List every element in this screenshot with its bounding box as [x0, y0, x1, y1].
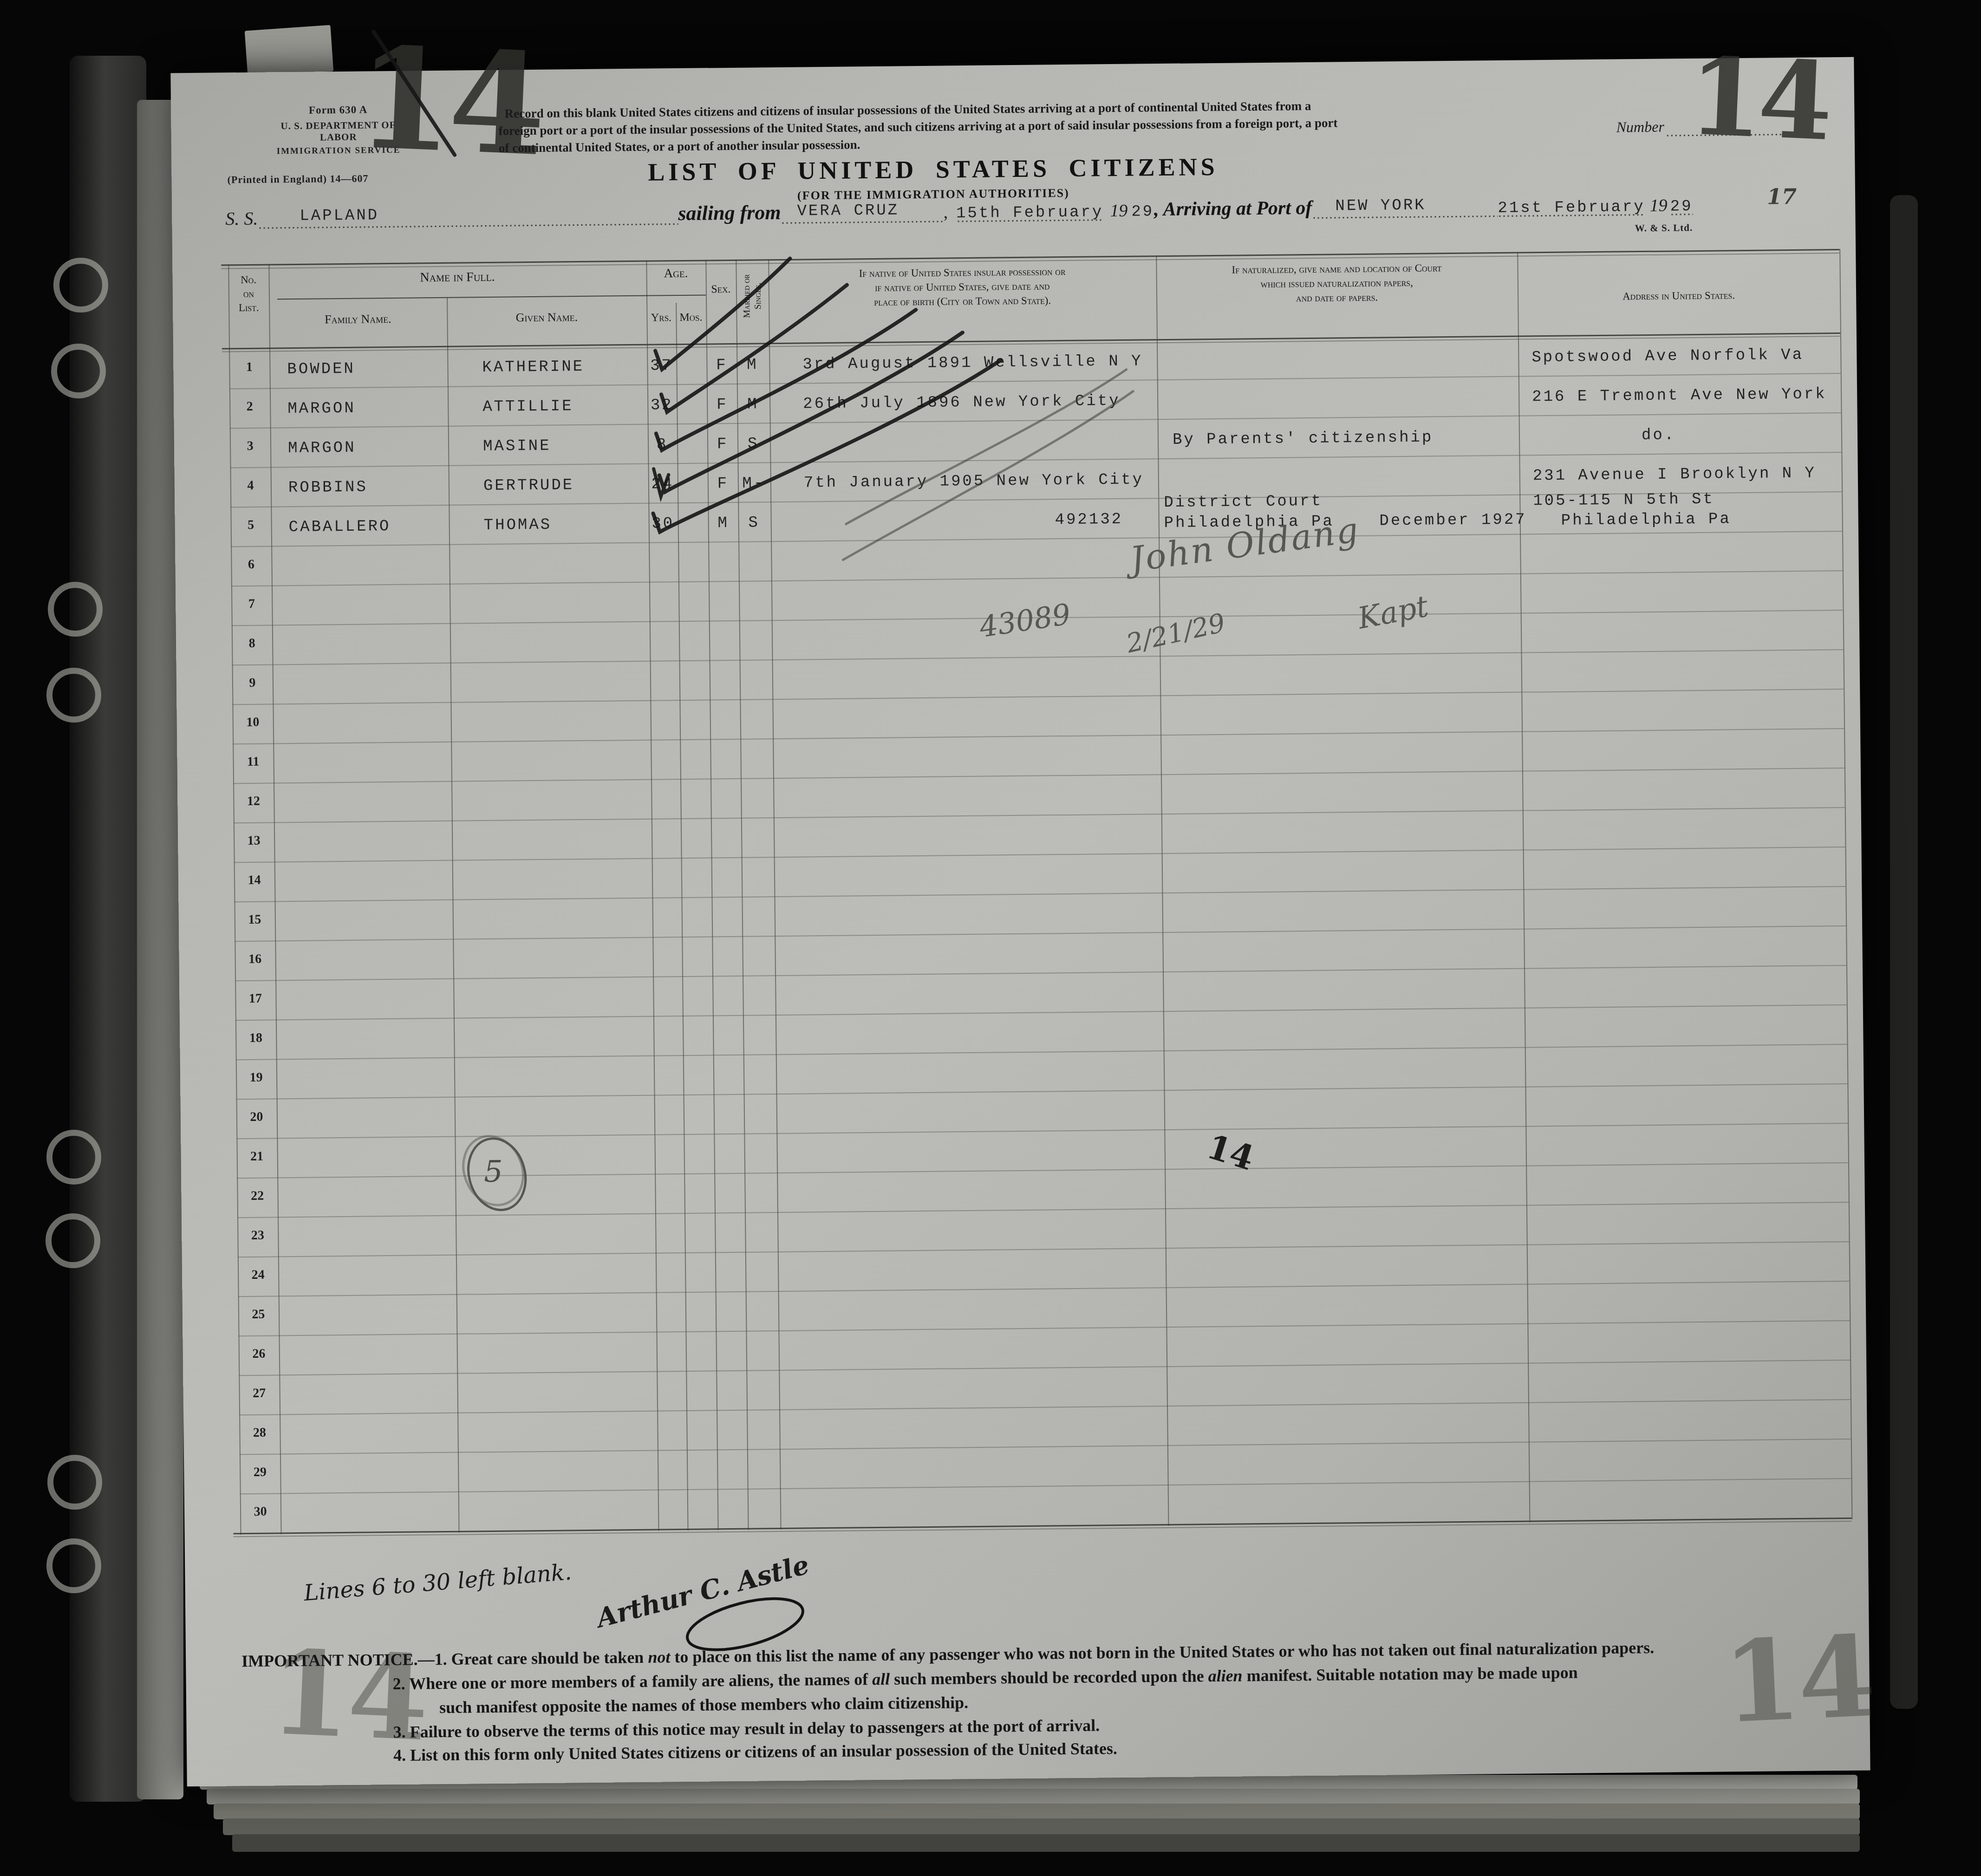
row-number: 29: [240, 1465, 280, 1480]
married-entry: S: [739, 435, 768, 453]
arriving-label: , Arriving at Port of: [1154, 197, 1312, 221]
row-number: 2: [229, 399, 270, 414]
birth-entry: 26th July 1896 New York City: [803, 392, 1121, 413]
header-family-name: Family Name.: [269, 311, 447, 327]
port-of-sailing: VERA CRUZ: [797, 202, 899, 220]
printed-in-note: (Printed in England) 14—607: [227, 172, 368, 186]
row-number: 13: [234, 833, 274, 848]
port-to-fill: NEW YORK: [1312, 197, 1498, 219]
given-name-entry: THOMAS: [484, 516, 552, 534]
married-entry: M: [738, 396, 767, 414]
row-rule: [238, 1320, 1850, 1336]
punch-hole: [51, 344, 106, 398]
sex-entry: F: [708, 357, 735, 375]
row-rule: [235, 886, 1846, 902]
row-rule: [235, 965, 1846, 981]
punch-hole: [46, 1130, 101, 1185]
row-number: 16: [235, 951, 275, 967]
row-rule: [234, 847, 1845, 863]
pencil-date: 2/21/29: [1124, 608, 1228, 659]
married-entry: M: [738, 356, 767, 374]
header-sex: Sex.: [706, 282, 736, 297]
birth-entry: 3rd August 1891 Wellsville N Y: [802, 352, 1142, 373]
check-mark-row3: [655, 310, 917, 450]
header-address: Address in United States.: [1518, 287, 1840, 305]
row-rule: [233, 768, 1844, 784]
row-number: 24: [238, 1267, 278, 1283]
arrival-date: 21st February: [1498, 198, 1645, 217]
row-rule: [231, 570, 1843, 586]
form-title: LIST OF UNITED STATES CITIZENS: [515, 151, 1351, 188]
notice-line-4: 4. List on this form only United States …: [393, 1739, 1117, 1765]
sailing-date: 15th February: [956, 203, 1104, 222]
punch-hole: [47, 1455, 102, 1510]
row-rule: [236, 1123, 1848, 1139]
notice-line-2-cont: such manifest opposite the names of thos…: [439, 1693, 968, 1717]
notice-1-em: not: [648, 1648, 670, 1666]
given-name-entry: ATTILLIE: [482, 397, 573, 416]
row-number: 5: [231, 517, 271, 533]
row-number: 6: [231, 557, 271, 572]
notice-2-b: all: [872, 1670, 890, 1688]
header-age: Age.: [646, 266, 705, 280]
page-tab: [245, 25, 334, 78]
header-naturalized: If naturalized, give name and location o…: [1156, 260, 1518, 306]
address-entry: Spotswood Ave Norfolk Va: [1531, 346, 1804, 367]
table-bottom-rule2: [234, 1521, 1852, 1537]
given-name-entry: KATHERINE: [482, 358, 584, 377]
row-rule: [237, 1162, 1848, 1179]
certificate-number-entry: 492132: [1055, 511, 1123, 529]
address-entry-line2: 105-115 N 5th St: [1533, 491, 1714, 510]
age-entry: 24: [649, 476, 676, 494]
notice-2-c: such members should be recorded upon the: [890, 1667, 1208, 1688]
ship-name-fill: LAPLAND: [258, 205, 678, 229]
col-rule-no: [268, 264, 281, 1534]
row-number: 28: [239, 1425, 280, 1440]
row-rule: [231, 531, 1842, 547]
row-number: 8: [232, 636, 272, 651]
age-entry: 30: [650, 515, 677, 533]
port-from-fill: VERA CRUZ: [781, 202, 943, 224]
family-name-entry: MARGON: [288, 439, 356, 457]
family-name-entry: CABALLERO: [289, 518, 391, 536]
notice-2-e: manifest. Suitable notation may be made …: [1242, 1663, 1577, 1685]
col-rule-yrs-mos: [676, 303, 688, 1531]
col-rule-family-given: [447, 298, 460, 1533]
punch-hole: [48, 582, 103, 637]
sailing-from-label: sailing from: [678, 201, 781, 225]
arrival-year: 29: [1670, 198, 1693, 215]
row-rule: [237, 1202, 1849, 1218]
header-bottom-rule: [222, 332, 1840, 349]
year-printed: 19: [1110, 201, 1127, 221]
given-name-entry: GERTRUDE: [483, 476, 574, 495]
printer-mark: W. & S. Ltd.: [1635, 222, 1693, 234]
married-entry: S: [740, 514, 769, 532]
row-number: 10: [233, 715, 273, 730]
form-instructions: Record on this blank United States citiz…: [498, 97, 1386, 156]
row-rule: [240, 1439, 1851, 1455]
address-entry: 231 Avenue I Brooklyn N Y: [1533, 465, 1816, 485]
pencil-word: Kapt: [1355, 589, 1431, 636]
header-yrs: Yrs.: [646, 311, 676, 326]
punch-hole: [53, 258, 108, 313]
port-of-arrival: NEW YORK: [1335, 197, 1426, 215]
header-no-on-list: No. on List.: [228, 273, 269, 315]
row-number: 20: [236, 1109, 277, 1125]
row-number: 15: [235, 912, 275, 927]
birth-entry: 7th January 1905 New York City: [804, 471, 1144, 492]
row-rule: [239, 1399, 1851, 1415]
row-number: 30: [240, 1504, 280, 1519]
number-fill-line: [1665, 118, 1781, 137]
row-rule: [236, 1083, 1848, 1100]
row-number: 11: [233, 754, 273, 769]
row-number: 27: [239, 1386, 280, 1401]
comma: ,: [943, 202, 948, 222]
col-rule-birth-naturalized: [1156, 255, 1169, 1526]
row-rule: [240, 1478, 1851, 1494]
sailing-year: 29: [1131, 203, 1154, 221]
row-rule: [239, 1360, 1850, 1376]
blank-lines-note: Lines 6 to 30 left blank.: [303, 1559, 573, 1606]
row-number: 21: [237, 1149, 277, 1164]
address-entry: do.: [1642, 426, 1676, 444]
address-entry: 216 E Tremont Ave New York: [1532, 385, 1827, 406]
notice-line-3: 3. Failure to observe the terms of this …: [393, 1715, 1100, 1742]
row-number: 9: [232, 675, 273, 690]
notice-1-pre: IMPORTANT NOTICE.—1. Great care should b…: [241, 1648, 648, 1670]
check-mark-row5: [652, 360, 1002, 532]
row-number: 3: [230, 438, 270, 454]
name-underline: [277, 294, 706, 300]
col-rule-married-birth: [768, 259, 781, 1530]
header-married-single: Married or Single.: [741, 254, 764, 338]
sex-entry: M: [710, 515, 737, 533]
row-number: 1: [229, 359, 269, 375]
notice-2-a: 2. Where one or more members of a family…: [392, 1670, 872, 1693]
arrival-year-printed: 19: [1649, 195, 1667, 216]
married-entry: M-: [739, 475, 768, 493]
given-name-entry: MASINE: [483, 437, 551, 456]
photo-stage: Form 630 A U. S. DEPARTMENT OF LABOR IMM…: [0, 0, 1981, 1876]
sheet-number-pencil: 17: [1767, 184, 1797, 209]
header-birth: If native of United States insular posse…: [768, 263, 1156, 310]
row-number: 17: [235, 991, 275, 1006]
col-rule-left: [228, 264, 241, 1535]
row-rule: [238, 1281, 1850, 1297]
row-number: 23: [237, 1228, 278, 1243]
row-number: 4: [230, 478, 271, 493]
row-number: 18: [235, 1030, 276, 1046]
row-rule: [238, 1241, 1849, 1257]
row-number: 14: [234, 873, 274, 888]
ship-name: LAPLAND: [300, 207, 379, 225]
row-rule: [230, 412, 1841, 429]
document-photo: { "form": { "form_no": "Form 630 A", "de…: [0, 0, 1981, 1876]
officer-signature: Arthur C. Astle: [593, 1550, 812, 1634]
family-name-entry: MARGON: [287, 400, 356, 418]
row-rule: [233, 728, 1844, 744]
row-number: 7: [231, 596, 272, 612]
page-stack-sheet: [207, 1789, 1860, 1804]
row-rule: [232, 649, 1844, 665]
punch-hole: [46, 668, 101, 723]
col-rule-right: [1839, 249, 1852, 1519]
row-rule: [236, 1044, 1847, 1060]
header-given-name: Given Name.: [447, 309, 646, 326]
ss-label: S. S.: [225, 208, 258, 230]
family-name-entry: BOWDEN: [287, 360, 355, 378]
row-number: 19: [236, 1070, 276, 1085]
notice-1-post: to place on this list the name of any pa…: [670, 1638, 1654, 1666]
header-name-in-full: Name in Full.: [268, 268, 646, 287]
page-stack-sheet: [232, 1834, 1860, 1852]
row-rule: [234, 807, 1845, 823]
naturalization-entry: District Court: [1164, 493, 1323, 512]
row-rule: [235, 925, 1846, 942]
sex-entry: F: [709, 396, 736, 414]
address-entry: Philadelphia Pa: [1561, 510, 1731, 530]
pencil-reference-number: 43089: [977, 597, 1073, 645]
mid-page-stamp: 14: [1205, 1133, 1257, 1172]
punch-hole: [46, 1538, 101, 1593]
row-number: 22: [237, 1188, 277, 1204]
age-entry: 37: [648, 357, 675, 375]
book-cover-right-edge: [1890, 195, 1918, 1709]
sex-entry: F: [710, 475, 736, 493]
row-number: 25: [238, 1307, 279, 1322]
number-label: Number: [1616, 118, 1664, 136]
family-name-entry: ROBBINS: [288, 478, 368, 497]
age-entry: 8: [649, 436, 676, 454]
manifest-sheet: Form 630 A U. S. DEPARTMENT OF LABOR IMM…: [170, 57, 1870, 1787]
row-rule: [232, 689, 1844, 705]
age-entry: 32: [648, 397, 675, 415]
punch-hole: [46, 1213, 100, 1268]
row-rule: [229, 373, 1841, 389]
notice-2-d: alien: [1208, 1666, 1242, 1685]
row-number: 12: [233, 794, 274, 809]
page-stack-sheet: [223, 1818, 1860, 1835]
table-bottom-rule: [234, 1518, 1852, 1534]
row-number: 26: [239, 1346, 279, 1361]
circled-count: 5: [484, 1155, 503, 1189]
row-rule: [230, 452, 1842, 468]
header-mos: Mos.: [676, 310, 706, 325]
naturalization-entry: By Parents' citizenship: [1173, 429, 1434, 449]
page-number-stamp-bottom-right: 14: [1721, 1633, 1875, 1726]
col-rule-naturalized-address: [1517, 252, 1530, 1523]
table-top-rule: [221, 249, 1839, 266]
row-rule: [235, 1004, 1847, 1021]
page-stack-sheet: [214, 1804, 1860, 1819]
sex-entry: F: [709, 436, 736, 454]
